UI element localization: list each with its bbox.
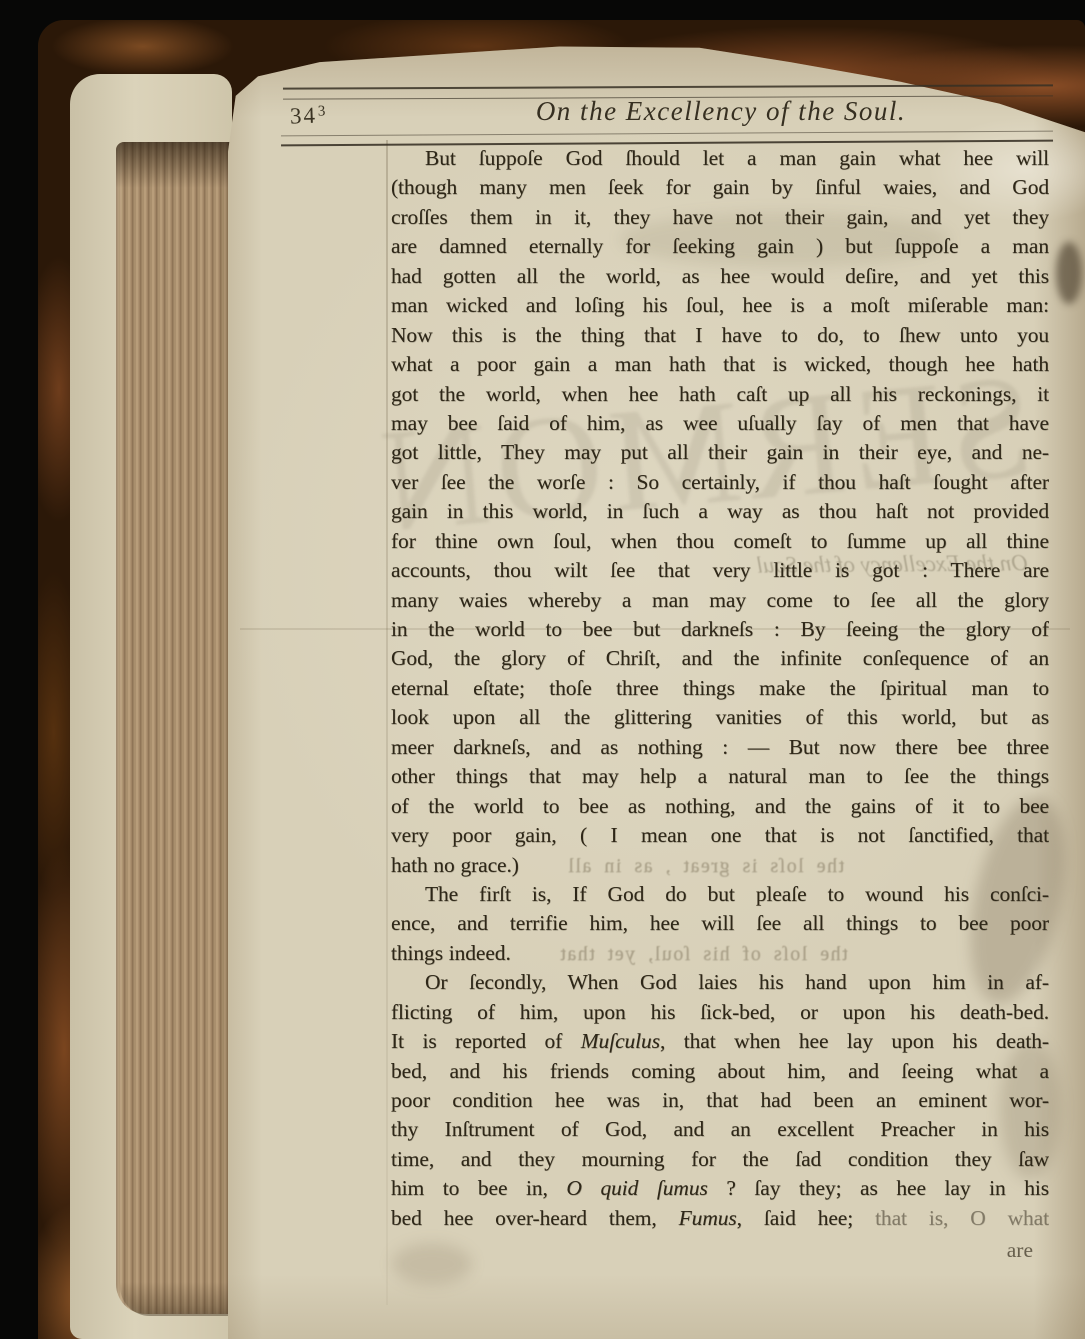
text-segment: eternal eſtate; thoſe three things make … xyxy=(391,676,1049,700)
text-line: eternal eſtate; thoſe three things make … xyxy=(391,676,1049,705)
catchword: are xyxy=(391,1238,1049,1263)
text-segment: , that when hee lay upon his death- xyxy=(660,1029,1049,1053)
text-segment: Now this is the thing that I have to do,… xyxy=(391,323,1049,347)
text-line: may bee ſaid of him, as wee uſually ſay … xyxy=(391,411,1049,440)
text-segment: Fumus xyxy=(679,1206,737,1230)
text-segment: Or ſecondly, When God laies his hand upo… xyxy=(425,970,1049,994)
text-segment: But ſuppoſe God ſhould let a man gain wh… xyxy=(425,146,1049,170)
text-line: It is reported of Muſculus, that when he… xyxy=(391,1029,1049,1058)
text-segment: flicting of him, upon his ſick-bed, or u… xyxy=(391,1000,1049,1024)
text-segment: croſſes them in it, they have not their … xyxy=(391,205,1049,229)
text-segment: God, the glory of Chriſt, and the infini… xyxy=(391,646,1049,670)
text-line: thy Inſtrument of God, and an excellent … xyxy=(391,1117,1049,1146)
text-segment: ver ſee the worſe : So certainly, if tho… xyxy=(391,470,1049,494)
text-segment: may bee ſaid of him, as wee uſually ſay … xyxy=(391,411,1049,435)
text-line: of the world to bee as nothing, and the … xyxy=(391,794,1049,823)
text-line: look upon all the glittering vanities of… xyxy=(391,705,1049,734)
text-line: gain in this world, in ſuch a way as tho… xyxy=(391,499,1049,528)
fore-edge-shadow-bottom xyxy=(120,1282,234,1316)
text-line: bed, and his friends coming about him, a… xyxy=(391,1059,1049,1088)
text-segment: time, and they mourning for the ſad cond… xyxy=(391,1147,1049,1171)
text-segment: , ſaid hee; xyxy=(737,1206,875,1230)
text-segment: man wicked and loſing his ſoul, hee is a… xyxy=(391,293,1049,317)
text-line: ver ſee the worſe : So certainly, if tho… xyxy=(391,470,1049,499)
text-line: poor condition hee was in, that had been… xyxy=(391,1088,1049,1117)
text-segment: look upon all the glittering vanities of… xyxy=(391,705,1049,729)
text-segment: hath no grace.) xyxy=(391,853,519,877)
text-line: bed hee over-heard them, Fumus, ſaid hee… xyxy=(391,1206,1049,1235)
text-line: Or ſecondly, When God laies his hand upo… xyxy=(391,970,1049,999)
text-segment: many waies whereby a man may come to ſee… xyxy=(391,588,1049,612)
text-segment: very poor gain, ( I mean one that is not… xyxy=(391,823,1049,847)
page-crease-vertical xyxy=(386,140,388,1305)
text-segment: O quid ſumus xyxy=(566,1176,707,1200)
text-segment: ? ſay they; as hee lay in his xyxy=(708,1176,1049,1200)
text-line: very poor gain, ( I mean one that is not… xyxy=(391,823,1049,852)
text-segment: bed, and his friends coming about him, a… xyxy=(391,1059,1049,1083)
text-line: for thine own ſoul, when thou comeſt to … xyxy=(391,529,1049,558)
text-segment: accounts, thou wilt ſee that very little… xyxy=(391,558,1049,582)
fore-edge-shadow-top xyxy=(116,142,234,188)
text-segment: The firſt is, If God do but pleaſe to wo… xyxy=(425,882,1049,906)
text-line: time, and they mourning for the ſad cond… xyxy=(391,1147,1049,1176)
text-segment: that is, O what xyxy=(875,1206,1049,1230)
show-through-text: the loſs is great , as in all xyxy=(567,855,844,878)
text-line: hath no grace.)the loſs is great , as in… xyxy=(391,853,1049,882)
text-line: croſſes them in it, they have not their … xyxy=(391,205,1049,234)
text-line: things indeed.the loſs of his ſoul, yet … xyxy=(391,941,1049,970)
text-segment: thy Inſtrument of God, and an excellent … xyxy=(391,1117,1049,1141)
fore-edge-text-block xyxy=(116,142,234,1314)
text-line: are damned eternally for ſeeking gain ) … xyxy=(391,234,1049,263)
text-line: accounts, thou wilt ſee that very little… xyxy=(391,558,1049,587)
text-line: had gotten all the world, as hee would d… xyxy=(391,264,1049,293)
page-number-sup: 3 xyxy=(318,103,328,119)
text-segment: other things that may help a natural man… xyxy=(391,764,1049,788)
text-segment: had gotten all the world, as hee would d… xyxy=(391,264,1049,288)
text-line: other things that may help a natural man… xyxy=(391,764,1049,793)
text-segment: in the world to bee but darkneſs : By ſe… xyxy=(391,617,1049,641)
text-line: But ſuppoſe God ſhould let a man gain wh… xyxy=(391,146,1049,175)
book-photograph: SERMON On the Excellency of the Soul 343… xyxy=(0,0,1085,1339)
text-line: got the world, when hee hath caſt up all… xyxy=(391,382,1049,411)
text-segment: ence, and terrifie him, hee will ſee all… xyxy=(391,911,1049,935)
text-segment: It is reported of xyxy=(391,1029,581,1053)
text-line: meer darkneſs, and as nothing : — But no… xyxy=(391,735,1049,764)
body-text: But ſuppoſe God ſhould let a man gain wh… xyxy=(391,146,1049,1235)
page-number-main: 34 xyxy=(290,103,318,129)
text-segment: bed hee over-heard them, xyxy=(391,1206,679,1230)
text-line: ence, and terrifie him, hee will ſee all… xyxy=(391,911,1049,940)
text-line: Now this is the thing that I have to do,… xyxy=(391,323,1049,352)
page-edge-tear xyxy=(1056,242,1082,304)
text-segment: him to bee in, xyxy=(391,1176,566,1200)
text-segment: are damned eternally for ſeeking gain ) … xyxy=(391,234,1049,258)
text-segment: (though many men ſeek for gain by ſinful… xyxy=(391,175,1049,199)
text-line: God, the glory of Chriſt, and the infini… xyxy=(391,646,1049,675)
running-header-title: On the Excellency of the Soul. xyxy=(391,96,1051,127)
text-line: got little, They may put all their gain … xyxy=(391,440,1049,469)
text-line: (though many men ſeek for gain by ſinful… xyxy=(391,175,1049,204)
text-segment: gain in this world, in ſuch a way as tho… xyxy=(391,499,1049,523)
text-segment: what a poor gain a man hath that is wick… xyxy=(391,352,1049,376)
text-line: in the world to bee but darkneſs : By ſe… xyxy=(391,617,1049,646)
text-line: him to bee in, O quid ſumus ? ſay they; … xyxy=(391,1176,1049,1205)
text-segment: got the world, when hee hath caſt up all… xyxy=(391,382,1049,406)
text-line: many waies whereby a man may come to ſee… xyxy=(391,588,1049,617)
text-line: man wicked and loſing his ſoul, hee is a… xyxy=(391,293,1049,322)
show-through-text: the loſs of his ſoul, yet that xyxy=(559,943,848,966)
text-segment: got little, They may put all their gain … xyxy=(391,440,1049,464)
text-segment: meer darkneſs, and as nothing : — But no… xyxy=(391,735,1049,759)
text-segment: things indeed. xyxy=(391,941,511,965)
text-segment: poor condition hee was in, that had been… xyxy=(391,1088,1049,1112)
page-number: 343 xyxy=(290,102,327,129)
text-segment: for thine own ſoul, when thou comeſt to … xyxy=(391,529,1049,553)
text-segment: Muſculus xyxy=(581,1029,660,1053)
text-segment: of the world to bee as nothing, and the … xyxy=(391,794,1049,818)
text-line: flicting of him, upon his ſick-bed, or u… xyxy=(391,1000,1049,1029)
text-line: The firſt is, If God do but pleaſe to wo… xyxy=(391,882,1049,911)
text-line: what a poor gain a man hath that is wick… xyxy=(391,352,1049,381)
